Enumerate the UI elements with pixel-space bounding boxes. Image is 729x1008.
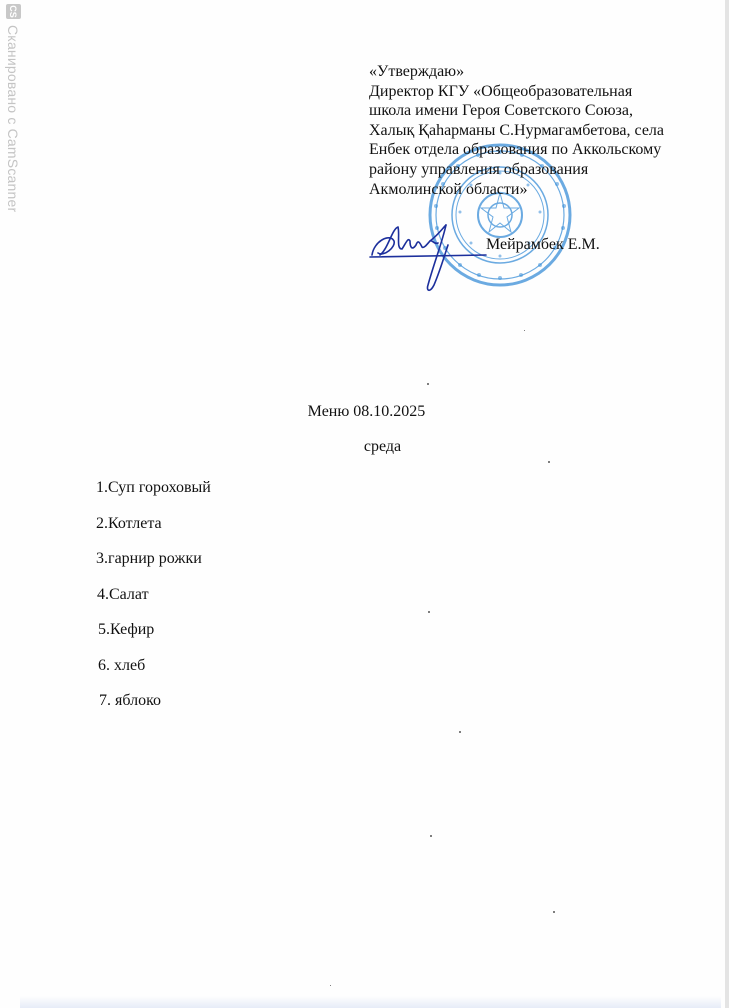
signatory-name: Мейрамбек Е.М.: [486, 236, 600, 254]
menu-item: 3.гарнир рожки: [96, 550, 211, 586]
menu-item: 7. яблоко: [96, 692, 211, 728]
menu-items-list: 1.Суп гороховый 2.Котлета 3.гарнир рожки…: [96, 479, 211, 728]
menu-item: 4.Салат: [96, 586, 211, 622]
scan-speck: [548, 461, 550, 463]
approval-heading: «Утверждаю»: [369, 62, 699, 82]
menu-day-text: среда: [364, 438, 401, 455]
menu-item: 2.Котлета: [96, 515, 211, 551]
menu-day: среда: [0, 438, 729, 456]
menu-item: 1.Суп гороховый: [96, 479, 211, 515]
scan-speck: [459, 731, 461, 733]
approval-line: школа имени Героя Советского Союза,: [369, 101, 699, 121]
watermark-text: Сканировано с CamScanner: [5, 25, 21, 212]
scan-bottom-edge: [20, 996, 721, 1008]
camscanner-logo-icon: CS: [6, 4, 21, 19]
approval-line: Акмолинской области»: [369, 180, 699, 200]
approval-line: Халық Қаһарманы С.Нурмагамбетова, села: [369, 121, 699, 141]
scan-right-edge: [725, 0, 729, 1008]
menu-title-text: Меню 08.10.2025: [308, 403, 426, 420]
scan-speck: [330, 985, 331, 986]
approval-line: району управления образования: [369, 160, 699, 180]
scan-speck: [553, 911, 555, 913]
menu-title: Меню 08.10.2025: [0, 403, 729, 421]
menu-item: 6. хлеб: [96, 657, 211, 693]
camscanner-watermark: CS Сканировано с CamScanner: [2, 4, 24, 240]
scan-speck: [428, 611, 430, 613]
approval-line: Директор КГУ «Общеобразовательная: [369, 82, 699, 102]
scan-speck: [430, 835, 432, 837]
approval-line: Енбек отдела образования по Аккольскому: [369, 140, 699, 160]
scanned-page: CS Сканировано с CamScanner «Утверждаю» …: [0, 0, 729, 1008]
signature-icon: [368, 215, 488, 295]
menu-item: 5.Кефир: [96, 621, 211, 657]
scan-speck: [427, 383, 429, 385]
approval-block: «Утверждаю» Директор КГУ «Общеобразовате…: [369, 62, 699, 199]
scan-speck: [524, 330, 525, 331]
